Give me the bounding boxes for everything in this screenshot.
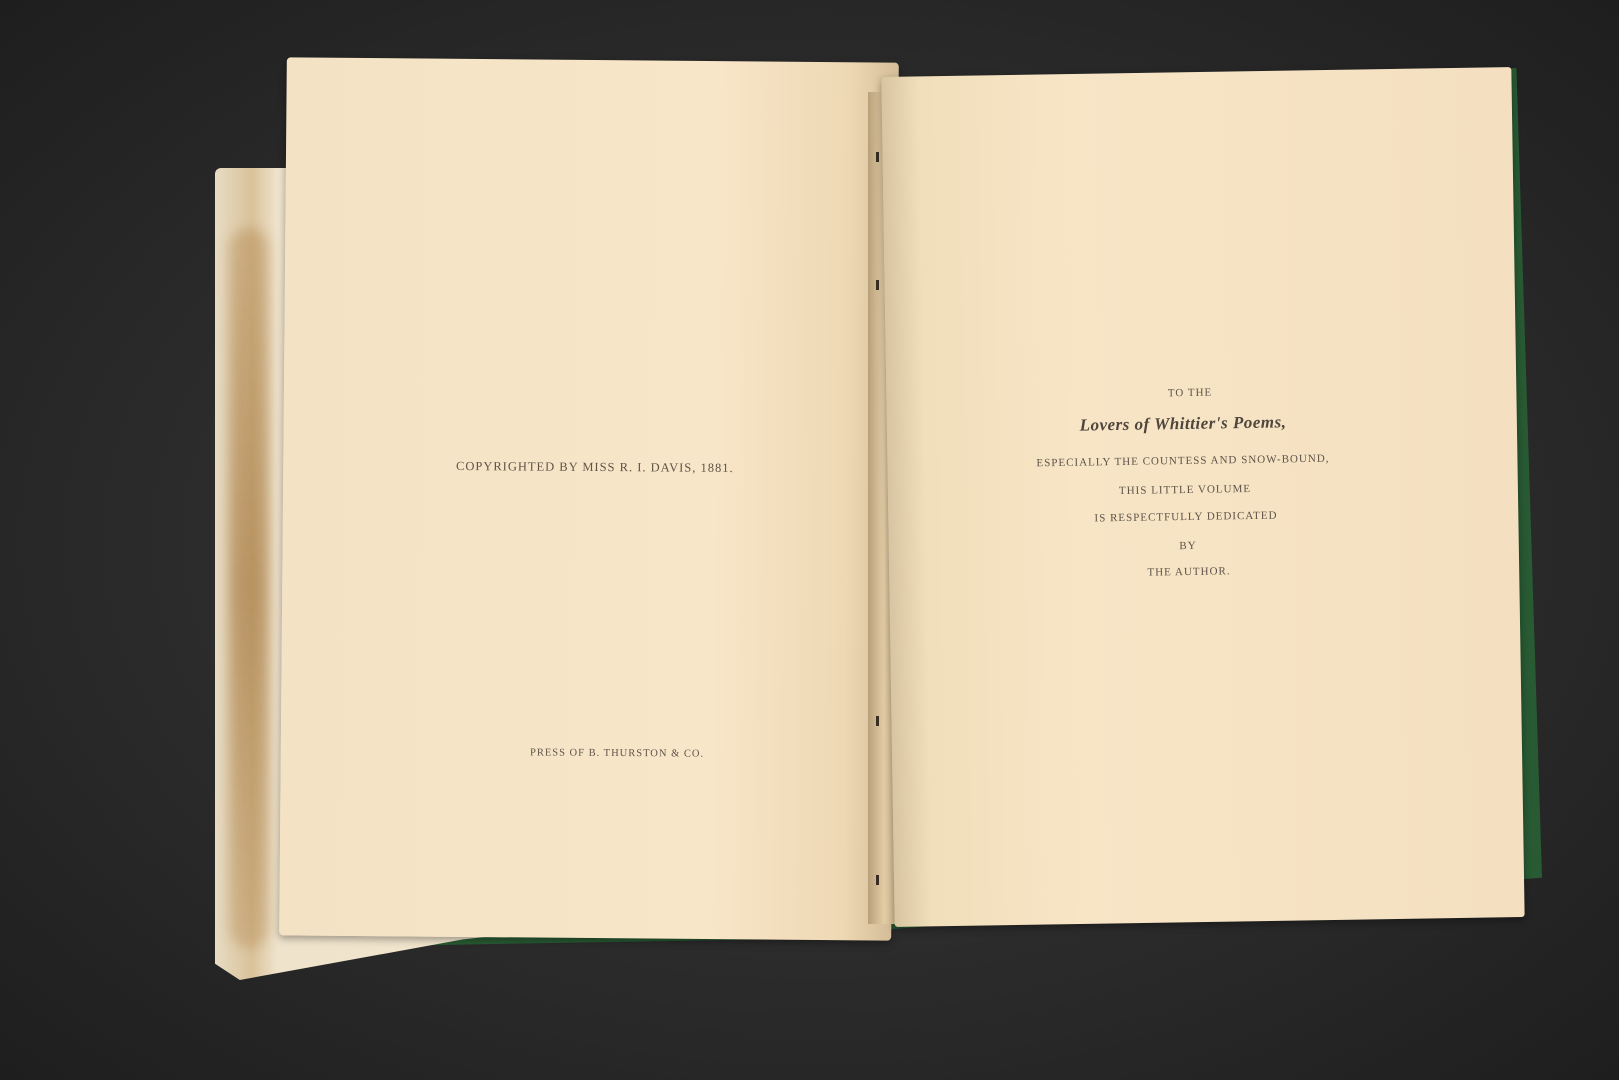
copyright-notice: COPYRIGHTED BY MISS R. I. DAVIS, 1881.	[456, 459, 734, 476]
foxing-stain	[229, 228, 269, 948]
dedication-author: THE AUTHOR.	[1147, 565, 1230, 578]
book-photo: COPYRIGHTED BY MISS R. I. DAVIS, 1881. P…	[0, 0, 1619, 1080]
printer-imprint: PRESS OF B. THURSTON & CO.	[530, 747, 704, 759]
binding-stitch	[876, 716, 879, 726]
dedication-title: Lovers of Whittier's Poems,	[1079, 412, 1286, 435]
left-page	[279, 57, 899, 940]
binding-stitch	[876, 280, 879, 290]
dedication-line: BY	[1179, 540, 1196, 552]
binding-stitch	[876, 875, 879, 885]
dedication-line: TO THE	[1168, 387, 1213, 400]
right-page	[881, 67, 1524, 927]
binding-stitch	[876, 152, 879, 162]
dedication-line: THIS LITTLE VOLUME	[1119, 483, 1251, 497]
